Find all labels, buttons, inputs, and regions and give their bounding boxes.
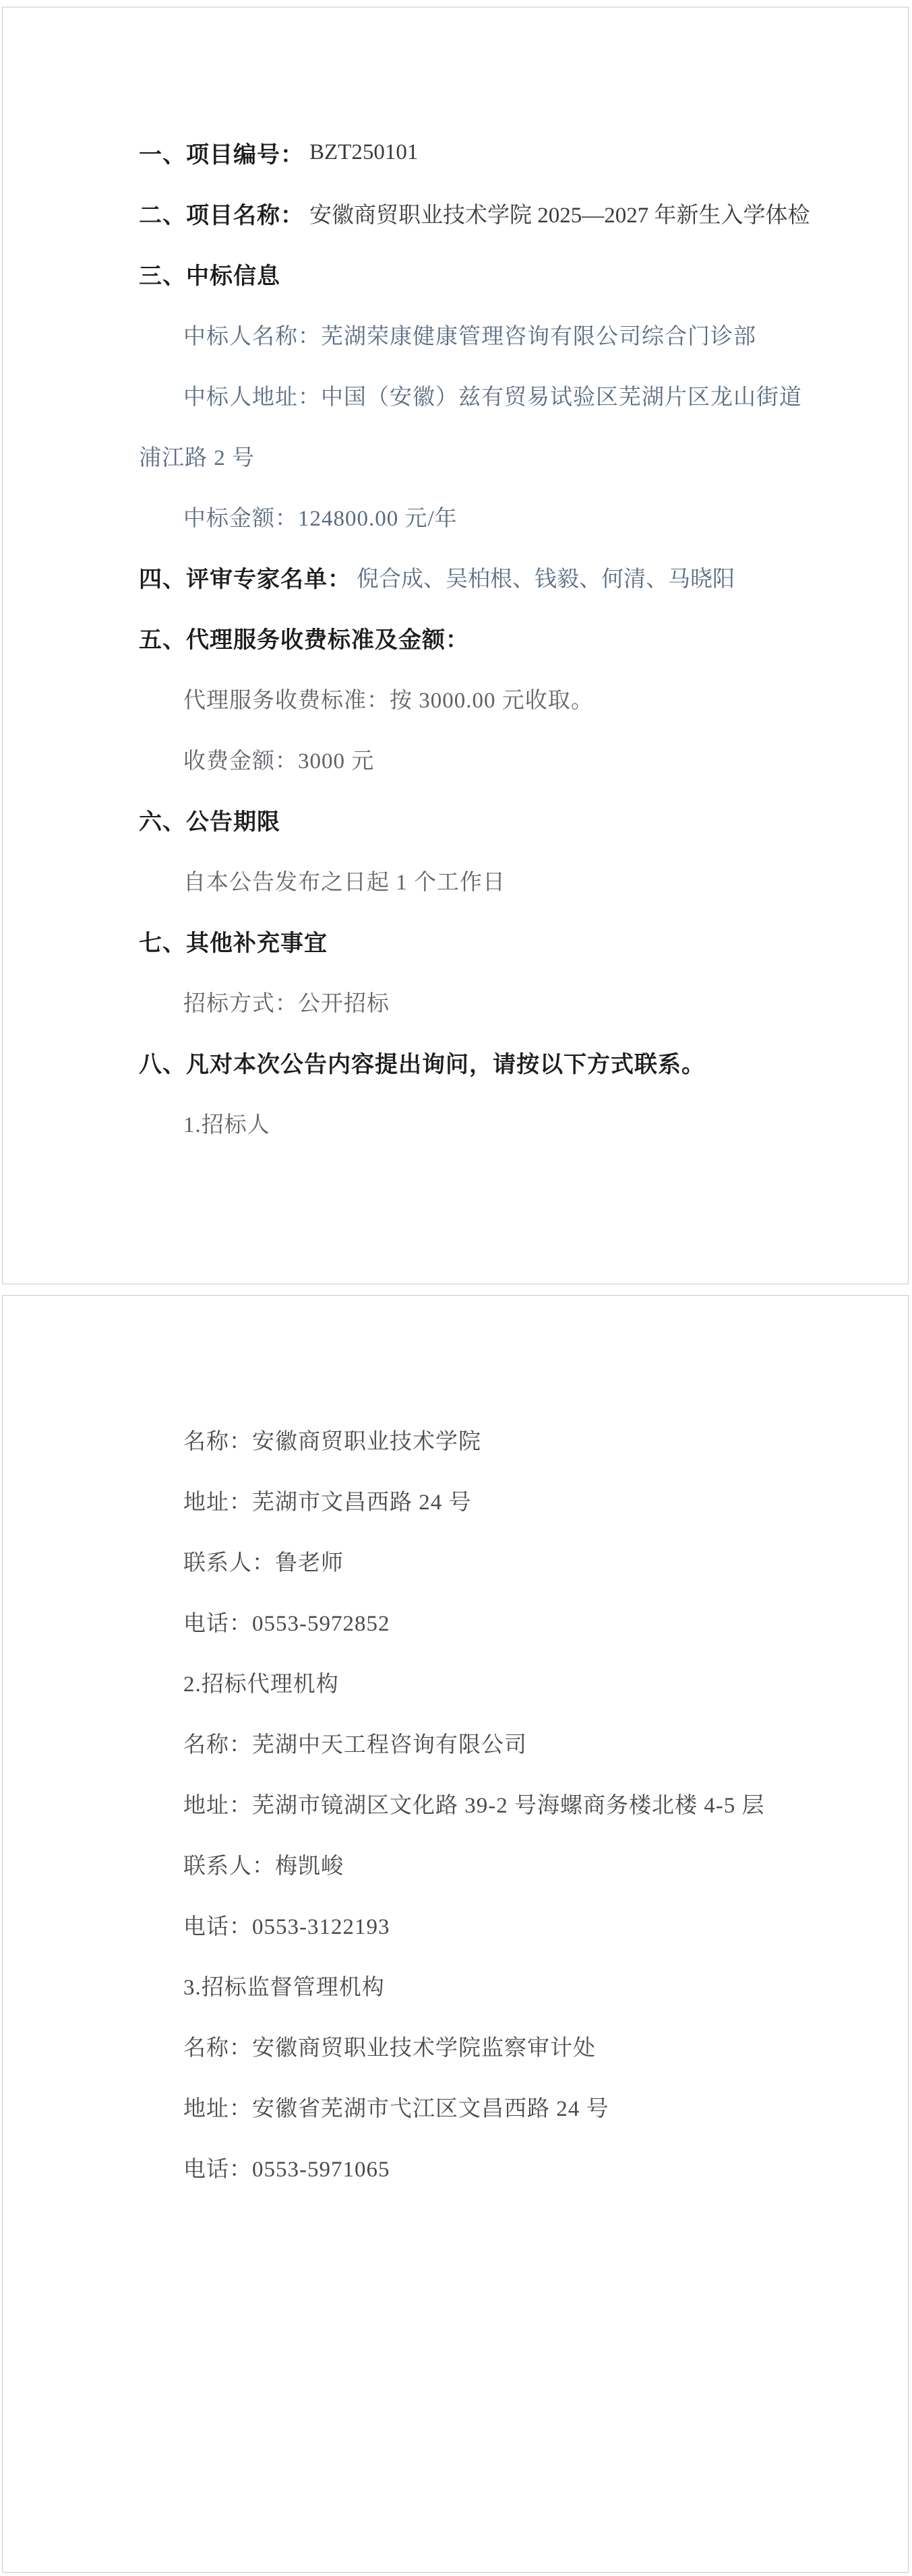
line-other-matters-heading: 七、其他补充事宜: [139, 910, 834, 971]
line-bid-amount: 中标金额：124800.00 元/年: [139, 486, 834, 546]
line-agency-address: 地址：芜湖市镜湖区文化路 39-2 号海螺商务楼北楼 4-5 层: [139, 1773, 834, 1833]
other-matters-heading: 七、其他补充事宜: [139, 924, 328, 957]
line-project-name: 二、项目名称：安徽商贸职业技术学院 2025—2027 年新生入学体检: [139, 183, 834, 243]
line-winner-address-continued: 浦江路 2 号: [139, 425, 834, 486]
agency-name-text: 名称：芜湖中天工程咨询有限公司: [183, 1727, 527, 1759]
contact-tenderer-item-text: 1.招标人: [183, 1107, 270, 1139]
tenderer-address-text: 地址：芜湖市文昌西路 24 号: [183, 1484, 472, 1516]
line-agency-fee-heading: 五、代理服务收费标准及金额：: [139, 607, 834, 668]
supervisor-item-text: 3.招标监督管理机构: [183, 1970, 385, 2001]
line-contact-tenderer-item: 1.招标人: [139, 1092, 834, 1153]
supervisor-phone-text: 电话：0553-5971065: [183, 2151, 390, 2183]
line-agency-phone: 电话：0553-3122193: [139, 1894, 834, 1955]
line-expert-list: 四、评审专家名单：倪合成、吴柏根、钱毅、何清、马晓阳: [139, 546, 834, 607]
agency-fee-amount-text: 收费金额：3000 元: [183, 743, 374, 775]
line-agency-name: 名称：芜湖中天工程咨询有限公司: [139, 1712, 834, 1773]
winner-address-text: 中标人地址：中国（安徽）兹有贸易试验区芜湖片区龙山街道: [183, 379, 802, 411]
notice-period-heading: 六、公告期限: [139, 803, 280, 836]
line-tenderer-contact: 联系人：鲁老师: [139, 1530, 834, 1591]
tenderer-phone-text: 电话：0553-5972852: [183, 1606, 390, 1637]
page-1-content: 一、项目编号：BZT250101 二、项目名称：安徽商贸职业技术学院 2025—…: [3, 7, 908, 1153]
tenderer-contact-text: 联系人：鲁老师: [183, 1545, 344, 1577]
agency-fee-heading: 五、代理服务收费标准及金额：: [139, 621, 469, 654]
agency-contact-text: 联系人：梅凯峻: [183, 1848, 344, 1880]
project-number-value: BZT250101: [309, 140, 418, 165]
line-agency-item: 2.招标代理机构: [139, 1652, 834, 1712]
line-bid-info-heading: 三、中标信息: [139, 243, 834, 304]
page-1: 一、项目编号：BZT250101 二、项目名称：安徽商贸职业技术学院 2025—…: [2, 7, 909, 1284]
line-notice-period-heading: 六、公告期限: [139, 789, 834, 850]
notice-period-text: 自本公告发布之日起 1 个工作日: [183, 865, 506, 896]
page-2: 名称：安徽商贸职业技术学院 地址：芜湖市文昌西路 24 号 联系人：鲁老师 电话…: [2, 1295, 909, 2573]
winner-name-text: 中标人名称：芜湖荣康健康管理咨询有限公司综合门诊部: [183, 319, 756, 350]
line-tenderer-address: 地址：芜湖市文昌西路 24 号: [139, 1470, 834, 1530]
project-name-value: 安徽商贸职业技术学院 2025—2027 年新生入学体检: [309, 197, 810, 229]
winner-address-continued-text: 浦江路 2 号: [139, 440, 255, 472]
line-inquiry-heading: 八、凡对本次公告内容提出询问，请按以下方式联系。: [139, 1032, 834, 1092]
expert-list-label: 四、评审专家名单：: [139, 561, 351, 594]
agency-address-text: 地址：芜湖市镜湖区文化路 39-2 号海螺商务楼北楼 4-5 层: [183, 1788, 764, 1819]
agency-fee-standard-text: 代理服务收费标准：按 3000.00 元收取。: [183, 683, 594, 714]
expert-list-value: 倪合成、吴柏根、钱毅、何清、马晓阳: [357, 561, 735, 593]
tender-method-text: 招标方式：公开招标: [183, 986, 390, 1017]
line-tenderer-phone: 电话：0553-5972852: [139, 1591, 834, 1652]
inquiry-heading: 八、凡对本次公告内容提出询问，请按以下方式联系。: [139, 1046, 705, 1079]
line-supervisor-phone: 电话：0553-5971065: [139, 2137, 834, 2197]
line-project-number: 一、项目编号：BZT250101: [139, 122, 834, 183]
line-supervisor-name: 名称：安徽商贸职业技术学院监察审计处: [139, 2015, 834, 2076]
bid-amount-text: 中标金额：124800.00 元/年: [183, 501, 458, 532]
line-supervisor-address: 地址：安徽省芜湖市弋江区文昌西路 24 号: [139, 2076, 834, 2137]
project-number-label: 一、项目编号：: [139, 136, 304, 169]
bid-info-heading: 三、中标信息: [139, 257, 280, 290]
project-name-label: 二、项目名称：: [139, 197, 304, 230]
agency-item-text: 2.招标代理机构: [183, 1666, 339, 1698]
line-winner-address: 中标人地址：中国（安徽）兹有贸易试验区芜湖片区龙山街道: [139, 365, 834, 425]
line-agency-fee-standard: 代理服务收费标准：按 3000.00 元收取。: [139, 668, 834, 728]
supervisor-address-text: 地址：安徽省芜湖市弋江区文昌西路 24 号: [183, 2091, 609, 2123]
line-supervisor-item: 3.招标监督管理机构: [139, 1955, 834, 2015]
line-agency-contact: 联系人：梅凯峻: [139, 1833, 834, 1894]
line-winner-name: 中标人名称：芜湖荣康健康管理咨询有限公司综合门诊部: [139, 304, 834, 365]
supervisor-name-text: 名称：安徽商贸职业技术学院监察审计处: [183, 2030, 596, 2062]
line-tender-method: 招标方式：公开招标: [139, 971, 834, 1032]
tenderer-name-text: 名称：安徽商贸职业技术学院: [183, 1424, 481, 1455]
line-notice-period: 自本公告发布之日起 1 个工作日: [139, 850, 834, 910]
page-2-content: 名称：安徽商贸职业技术学院 地址：芜湖市文昌西路 24 号 联系人：鲁老师 电话…: [3, 1296, 908, 2197]
agency-phone-text: 电话：0553-3122193: [183, 1909, 390, 1941]
line-tenderer-name: 名称：安徽商贸职业技术学院: [139, 1409, 834, 1470]
line-agency-fee-amount: 收费金额：3000 元: [139, 728, 834, 789]
